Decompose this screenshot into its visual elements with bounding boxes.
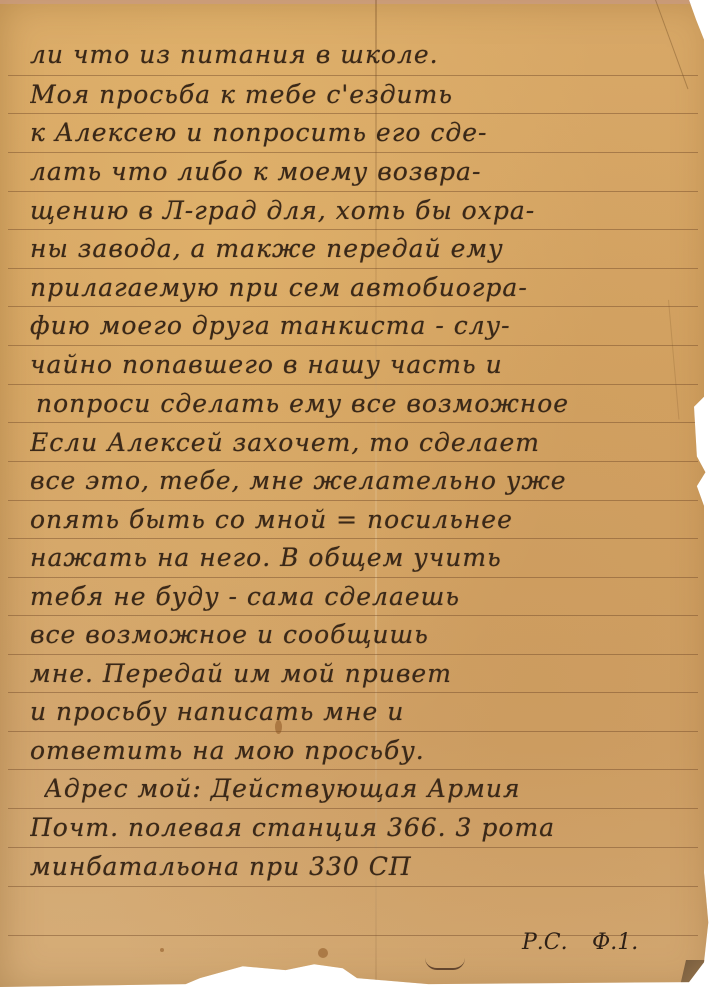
top-edge-tint (0, 0, 700, 4)
handwritten-line: фию моего друга танкиста - слу- (30, 311, 720, 340)
ruled-line (8, 847, 698, 848)
handwritten-line: Моя просьба к тебе с'ездить (30, 80, 720, 109)
handwritten-line: попроси сделать ему все возможное (36, 389, 724, 418)
handwritten-line: ответить на мою просьбу. (30, 736, 720, 765)
ruled-line (8, 268, 698, 269)
archive-mark-right: Ф.1. (592, 930, 638, 955)
handwritten-line: тебя не буду - сама сделаешь (30, 582, 720, 611)
ruled-line (8, 808, 698, 809)
handwritten-line: к Алексею и попросить его сде- (30, 118, 720, 147)
archive-mark-left: Р.С. (522, 930, 568, 955)
stray-pen-stroke (425, 958, 465, 970)
handwritten-line: Адрес мой: Действующая Армия (44, 774, 724, 803)
torn-corner (680, 960, 710, 986)
ruled-line (8, 345, 698, 346)
handwritten-line: все это, тебе, мне желательно уже (30, 466, 720, 495)
ruled-line (8, 654, 698, 655)
ruled-line (8, 422, 698, 423)
ruled-line (8, 577, 698, 578)
stain-spot (160, 948, 164, 952)
ruled-line (8, 152, 698, 153)
ruled-line (8, 538, 698, 539)
handwritten-line: Почт. полевая станция 366. 3 рота (30, 813, 720, 842)
ink-stain (275, 720, 282, 734)
handwritten-line: прилагаемую при сем автобиогра- (30, 273, 720, 302)
ruled-line (8, 384, 698, 385)
ruled-line (8, 615, 698, 616)
ruled-line (8, 500, 698, 501)
ruled-line (8, 886, 698, 887)
handwritten-line: щению в Л-град для, хоть бы охра- (30, 196, 720, 225)
ruled-line (8, 306, 698, 307)
ruled-line (8, 191, 698, 192)
handwritten-line: и просьбу написать мне и (30, 697, 720, 726)
ruled-line (8, 731, 698, 732)
ruled-line (8, 692, 698, 693)
handwritten-line: опять быть со мной = посильнее (30, 505, 720, 534)
letter-page: ли что из питания в школе.Моя просьба к … (0, 0, 714, 992)
handwritten-line: минбатальона при 330 СП (30, 852, 720, 881)
handwritten-line: Если Алексей захочет, то сделает (30, 428, 720, 457)
stain-spot (318, 948, 328, 958)
ruled-line (8, 769, 698, 770)
handwritten-line: чайно попавшего в нашу часть и (30, 350, 720, 379)
ruled-line (8, 461, 698, 462)
handwritten-line: ли что из питания в школе. (30, 40, 720, 69)
handwritten-line: нажать на него. В общем учить (30, 543, 720, 572)
handwritten-line: лать что либо к моему возвра- (30, 157, 720, 186)
handwritten-line: все возможное и сообщишь (30, 620, 720, 649)
handwritten-line: ны завода, а также передай ему (30, 234, 720, 263)
ruled-line (8, 75, 698, 76)
ruled-line (8, 113, 698, 114)
handwritten-line: мне. Передай им мой привет (30, 659, 720, 688)
ruled-line (8, 229, 698, 230)
